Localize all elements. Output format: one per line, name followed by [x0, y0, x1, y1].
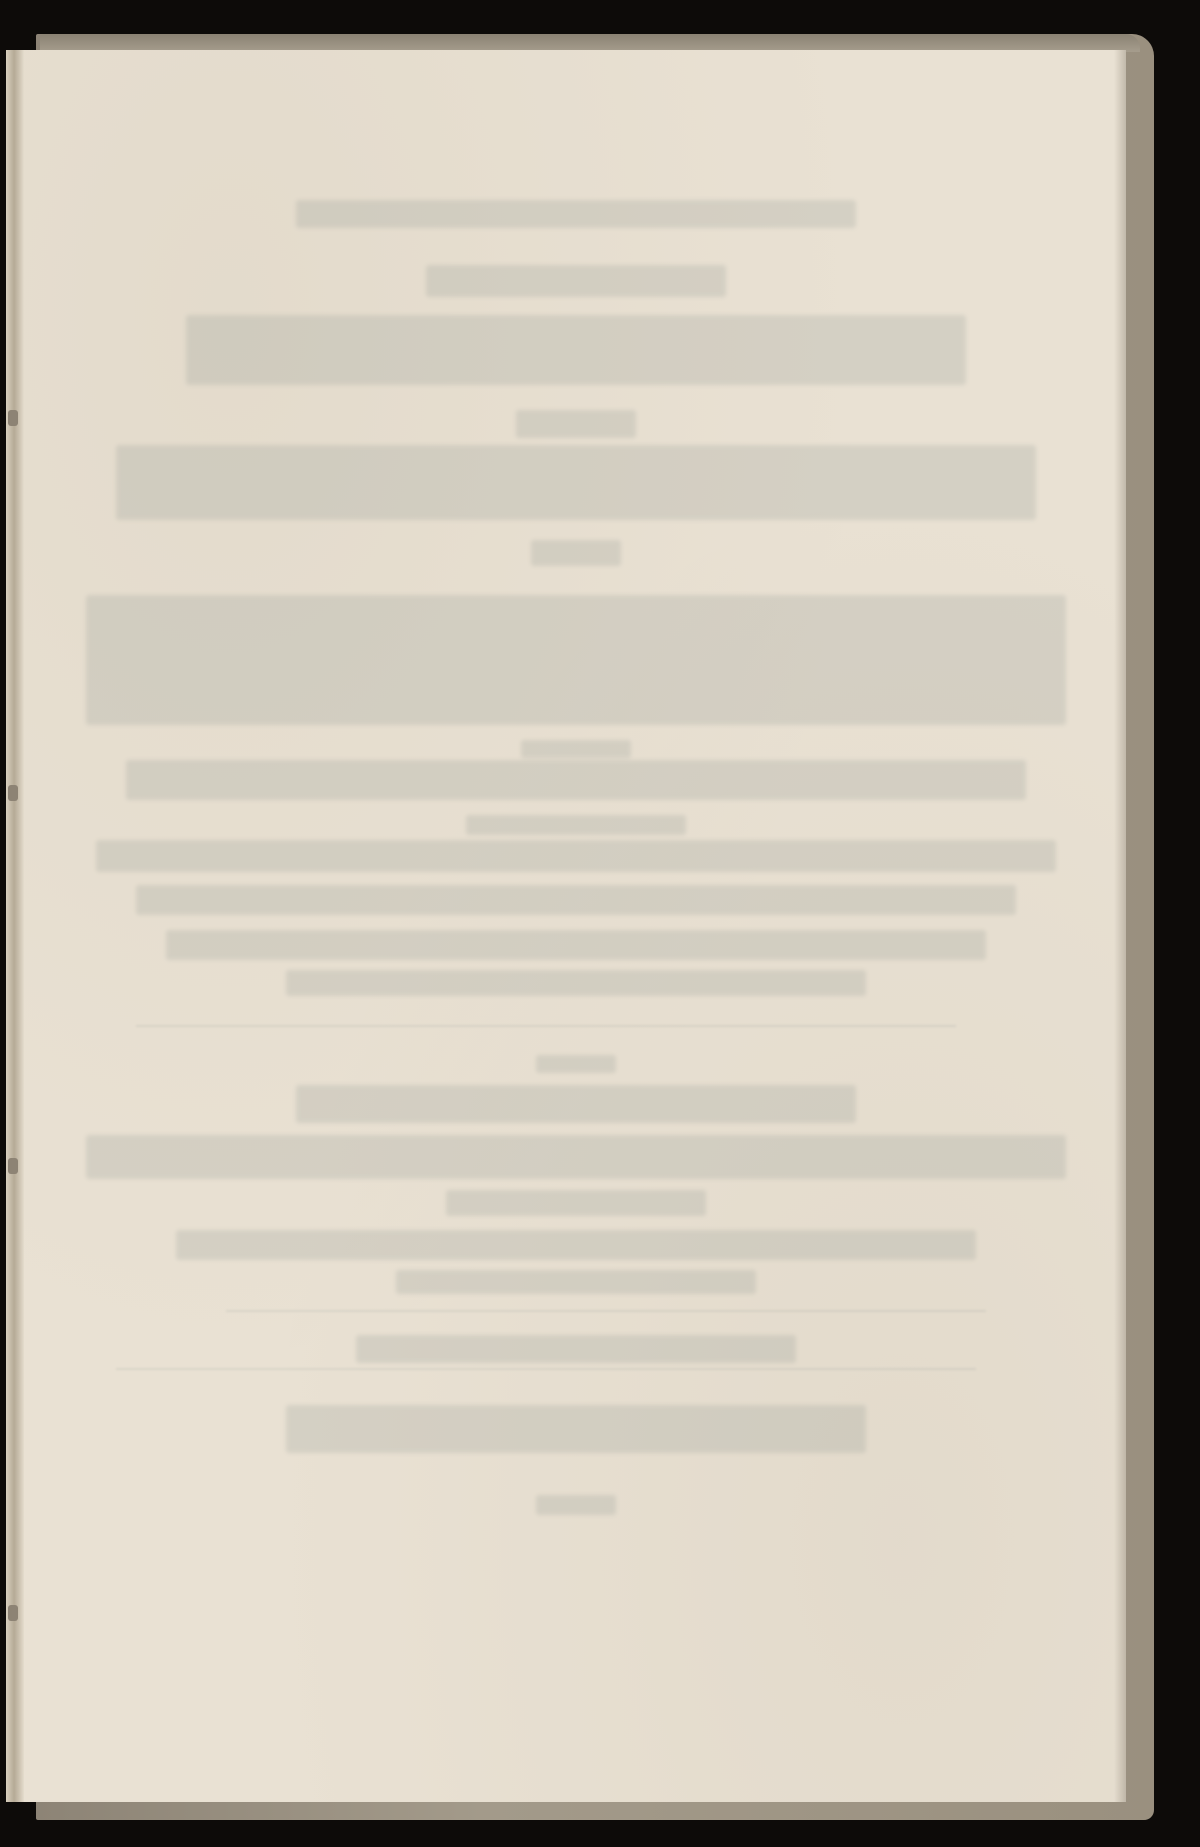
- show-through-line: [66, 840, 1086, 872]
- show-through-line: [66, 445, 1086, 520]
- show-through-line: [66, 540, 1086, 566]
- show-through-line: [66, 1135, 1086, 1179]
- show-through-rule: [226, 1310, 986, 1312]
- show-through-line: [66, 1230, 1086, 1260]
- show-through-line: [66, 740, 1086, 758]
- show-through-line: [66, 1335, 1086, 1363]
- show-through-line: [66, 760, 1086, 800]
- binding-stitch: [8, 410, 18, 426]
- binding-stitch: [8, 1158, 18, 1174]
- show-through-rule: [136, 1025, 956, 1027]
- show-through-line: [66, 200, 1086, 228]
- show-through-rule: [116, 1368, 976, 1370]
- book-page: [6, 50, 1126, 1802]
- show-through-line: [66, 315, 1086, 385]
- show-through-line: [66, 265, 1086, 297]
- show-through-line: [66, 885, 1086, 915]
- show-through-line: [66, 1055, 1086, 1073]
- show-through-line: [66, 930, 1086, 960]
- show-through-line: [66, 1190, 1086, 1216]
- show-through-line: [66, 1495, 1086, 1515]
- binding-stitch: [8, 785, 18, 801]
- page-binding-gutter: [6, 50, 24, 1802]
- show-through-line: [66, 970, 1086, 996]
- show-through-line: [66, 1270, 1086, 1294]
- show-through-line: [66, 1405, 1086, 1453]
- show-through-line: [66, 595, 1086, 725]
- show-through-line: [66, 410, 1086, 438]
- page-edge-shadow: [1114, 50, 1126, 1802]
- binding-stitch: [8, 1605, 18, 1621]
- show-through-line: [66, 1085, 1086, 1123]
- show-through-line: [66, 815, 1086, 835]
